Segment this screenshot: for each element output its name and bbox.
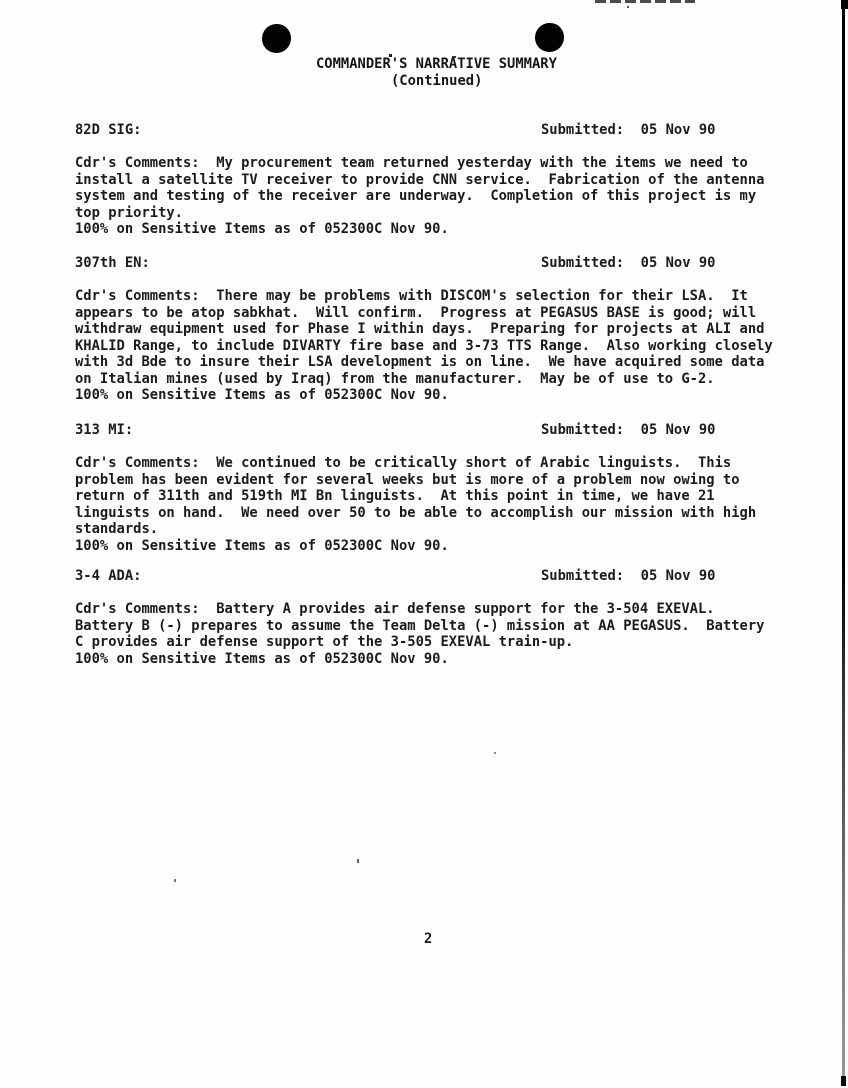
submitted-3-4-ada: Submitted: 05 Nov 90 bbox=[541, 568, 715, 585]
unit-307th-en: 307th EN: bbox=[75, 255, 150, 272]
body-82d-sig: Cdr's Comments: My procurement team retu… bbox=[75, 155, 764, 238]
scan-edge-blob-top bbox=[841, 0, 848, 9]
hole-punch-right bbox=[535, 23, 564, 52]
submitted-307th-en: Submitted: 05 Nov 90 bbox=[541, 255, 715, 272]
body-307th-en: Cdr's Comments: There may be problems wi… bbox=[75, 288, 773, 404]
hole-punch-left bbox=[262, 24, 291, 53]
scan-edge-line-right bbox=[842, 0, 845, 1086]
submitted-82d-sig: Submitted: 05 Nov 90 bbox=[541, 122, 715, 139]
document-subtitle: (Continued) bbox=[391, 73, 482, 90]
scan-speck bbox=[174, 879, 176, 882]
scan-cutoff-text-artifact bbox=[595, 0, 695, 3]
body-3-4-ada: Cdr's Comments: Battery A provides air d… bbox=[75, 601, 764, 667]
scanned-document-page: COMMANDER'S NARRATIVE SUMMARY (Continued… bbox=[0, 0, 848, 1088]
submitted-313-mi: Submitted: 05 Nov 90 bbox=[541, 422, 715, 439]
unit-313-mi: 313 MI: bbox=[75, 422, 133, 439]
page-number: 2 bbox=[424, 931, 432, 948]
scan-edge-blob-bottom bbox=[841, 1076, 846, 1086]
scan-speck bbox=[357, 859, 359, 863]
document-title: COMMANDER'S NARRATIVE SUMMARY bbox=[316, 56, 557, 73]
scan-speck bbox=[627, 6, 629, 8]
unit-3-4-ada: 3-4 ADA: bbox=[75, 568, 141, 585]
scan-speck bbox=[494, 752, 496, 754]
unit-82d-sig: 82D SIG: bbox=[75, 122, 141, 139]
body-313-mi: Cdr's Comments: We continued to be criti… bbox=[75, 455, 756, 554]
